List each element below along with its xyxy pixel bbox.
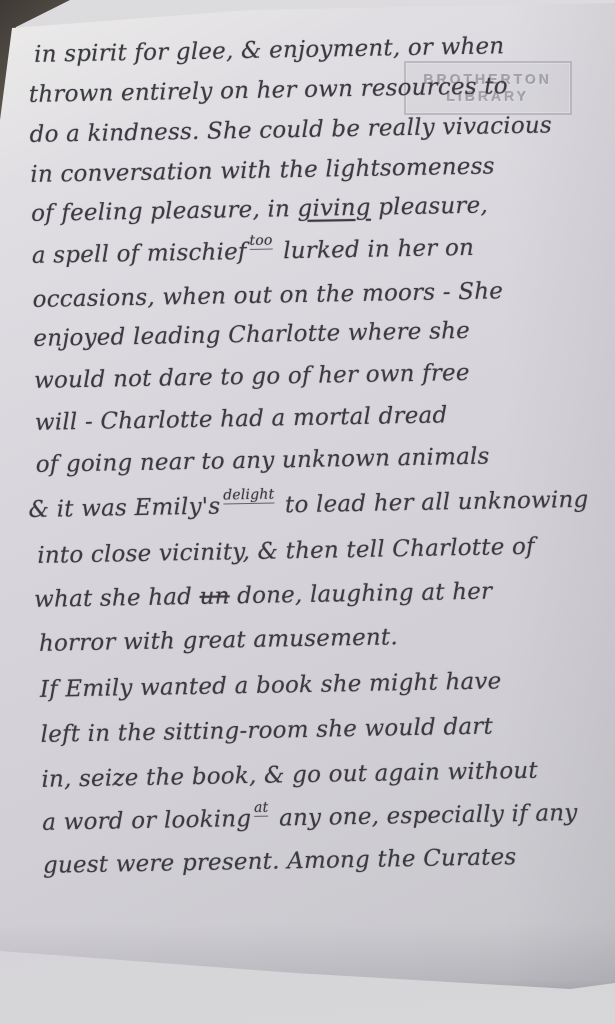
underlined-word: giving — [297, 195, 371, 222]
manuscript-line: a spell of mischieftoo lurked in her on — [32, 235, 475, 269]
manuscript-segment: & it was Emily's — [28, 494, 220, 524]
manuscript-line: a word or lookingat any one, especially … — [42, 800, 578, 836]
inserted-word: at — [254, 801, 269, 817]
manuscript-line: If Emily wanted a book she might have — [40, 668, 502, 702]
manuscript-line: what she had un done, laughing at her — [34, 579, 493, 613]
manuscript-segment: any one, especially if any — [271, 800, 577, 832]
manuscript-text: in spirit for glee, & enjoyment, or when… — [0, 0, 615, 1024]
manuscript-segment: what she had — [34, 584, 200, 613]
manuscript-line: enjoyed leading Charlotte where she — [33, 318, 470, 352]
manuscript-line: would not dare to go of her own free — [34, 360, 470, 394]
manuscript-line: left in the sitting-room she would dart — [40, 714, 493, 748]
manuscript-line: guest were present. Among the Curates — [43, 844, 517, 879]
manuscript-line: in spirit for glee, & enjoyment, or when — [34, 33, 505, 68]
manuscript-line: of going near to any unknown animals — [35, 444, 489, 478]
manuscript-line: in, seize the book, & go out again witho… — [41, 758, 538, 793]
manuscript-line: in conversation with the lightsomeness — [30, 153, 495, 188]
manuscript-segment: a word or looking — [42, 806, 251, 836]
manuscript-segment: a spell of mischief — [32, 239, 247, 269]
manuscript-photo: BROTHERTON LIBRARY in spirit for glee, &… — [0, 0, 615, 1024]
manuscript-line: of feeling pleasure, in giving pleasure, — [31, 193, 488, 227]
struck-word: un — [199, 583, 230, 610]
manuscript-segment: lurked in her on — [275, 235, 474, 265]
manuscript-line: thrown entirely on her own resources to — [29, 73, 508, 108]
manuscript-segment: to lead her all unknowing — [277, 487, 588, 519]
manuscript-line: will - Charlotte had a mortal dread — [35, 402, 448, 436]
manuscript-line: horror with great amusement. — [39, 624, 398, 657]
manuscript-segment: pleasure, — [370, 193, 488, 221]
manuscript-line: do a kindness. She could be really vivac… — [29, 112, 552, 148]
manuscript-line: into close vicinity, & then tell Charlot… — [37, 534, 535, 569]
manuscript-line: & it was Emily'sdelight to lead her all … — [28, 487, 588, 523]
manuscript-segment: done, laughing at her — [229, 579, 492, 610]
manuscript-line: occasions, when out on the moors - She — [32, 278, 503, 313]
inserted-word: delight — [223, 488, 275, 505]
inserted-word: too — [249, 233, 272, 249]
manuscript-segment: of feeling pleasure, in — [31, 196, 298, 227]
